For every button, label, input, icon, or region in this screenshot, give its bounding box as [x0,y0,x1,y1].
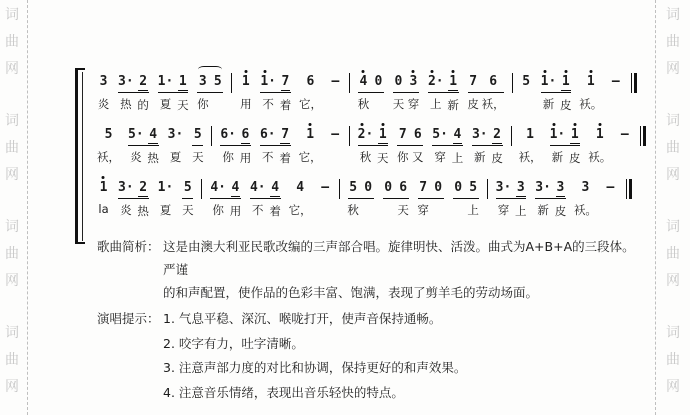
note-group: 6·不7着 [259,126,292,166]
watermark-text: 曲 [666,29,680,56]
note-group: 4·你4用 [209,179,242,219]
lyric: 上 [467,202,479,218]
lyric: 又 [412,149,424,165]
note-column: 3穿 [407,73,420,112]
lyric: 它， [289,202,312,218]
barline [201,179,202,199]
lyric: 上 [452,150,464,166]
lyric: 上 [430,96,442,112]
note: 0 [453,179,463,196]
note: 2 [138,73,148,91]
note-group: 3·新3皮 [534,179,567,219]
note-column: 1天 [376,126,389,166]
note: 2 [138,179,148,197]
note-group: 1·新1皮 [549,126,582,166]
note: 2· [427,73,445,90]
watermark-group: 词曲网 [5,320,19,401]
lyric: 袄， [482,96,505,112]
note-group: 6它， [299,73,322,113]
watermark-left-column: 词曲网词曲网词曲网词曲网 [5,2,19,415]
note: 5· [127,126,145,143]
note-group: 1袄。 [588,126,611,166]
note-group: 1·不7着 [259,73,292,113]
note-column: 6·不 [259,126,277,165]
note-group: 7穿0 [417,179,445,218]
note-column: – [319,179,332,216]
note-group: 5天 [181,179,194,219]
score: 3炎3·热2的1·夏1天3你51用1·不7着6它，–4秋00天3穿2·上1新7皮… [92,73,650,219]
note: 6 [398,179,408,196]
note: 3 [409,73,419,90]
lyric: 炎 [120,202,132,218]
note: 1 [586,73,596,90]
note: 3· [471,126,489,143]
note: 4· [209,179,227,196]
barline [339,179,340,199]
note-column: 7皮 [467,73,480,112]
barline [349,73,350,93]
note-column: 0 [382,179,395,216]
note-group: 1·夏 [157,179,175,219]
note-group: 0天3穿 [392,73,420,113]
note: 4 [295,179,305,196]
lyric: 皮 [467,96,479,112]
lyric: 夏 [170,149,182,165]
note-column: 1新 [447,73,460,113]
watermark-text: 曲 [5,241,19,268]
lyric: 袄。 [579,96,602,112]
note-group: – [329,126,342,166]
note-group: 1它， [299,126,322,166]
note: 7 [418,179,428,196]
lyric: 新 [474,149,486,165]
note-group: 05上 [452,179,480,218]
note: 5 [193,126,203,143]
note-column: 5天 [191,126,204,165]
note-group: 5天 [191,126,204,166]
note: 1 [378,126,388,144]
note-column: 3你 [196,73,209,112]
note: 4 [453,126,463,144]
note-column: 0 [432,179,445,216]
note: 0 [383,179,393,196]
note-group: 5袄， [97,126,120,166]
note: 5 [213,73,223,90]
note-column: 3·夏 [167,126,185,165]
voice-line-3: 1la3·炎2热1·夏5天4·你4用4·不4着4它，–5秋006天7穿005上3… [92,179,650,219]
note-column: 2·上 [427,73,445,112]
note-column: 1·新 [540,73,558,112]
note-column: 2热 [137,179,150,219]
analysis-line-2: 的和声配置，使作品的色彩丰富、饱满，表现了剪羊毛的劳动场面。 [163,281,642,304]
watermark-text: 网 [666,162,680,189]
note-group: – [604,179,617,219]
note-column: 3·新 [534,179,552,218]
watermark-text: 曲 [666,347,680,374]
lyric: 炎 [130,149,142,165]
note-group: 3·热2的 [117,73,150,113]
note-column: 1·新 [549,126,567,165]
watermark-text: 曲 [5,135,19,162]
watermark-text: 曲 [666,135,680,162]
watermark-group: 词曲网 [5,2,19,83]
note: 1· [157,73,175,90]
voice-line-1: 3炎3·热2的1·夏1天3你51用1·不7着6它，–4秋00天3穿2·上1新7皮… [92,73,650,113]
lyric: 不 [252,202,264,218]
note-group: 3·炎2热 [117,179,150,219]
final-barline-thin [626,179,627,199]
barline [231,73,232,93]
watermark-text: 词 [5,214,19,241]
measure: 3炎3·热2的1·夏1天3你5 [92,73,229,113]
note: 4· [249,179,267,196]
measure: 1la3·炎2热1·夏5天 [92,179,199,219]
lyric: 着 [269,203,281,219]
note-column: 5秋 [347,179,360,218]
system-bracket [75,70,86,242]
measure: 4·你4用4·不4着4它，– [204,179,336,219]
note-group: 7皮6袄， [467,73,505,113]
note-column: 3上 [514,179,527,219]
measure: 2·秋1天7你6又5·穿4上3·新2皮 [352,126,509,166]
note: 3· [534,179,552,196]
note: 6 [306,73,316,90]
barline [487,179,488,199]
note-column: 5 [520,73,533,110]
note-column: 6又 [411,126,424,165]
note: 3 [99,73,109,90]
voice-line-2: 5袄，5·炎4热3·夏5天6·你6用6·不7着1它，–2·秋1天7你6又5·穿4… [92,126,650,166]
measure: 51·新1皮1袄。– [515,73,628,113]
note-column: 0 [362,179,375,216]
lyric: 袄， [97,149,120,165]
lyric: 袄。 [574,202,597,218]
watermark-text: 词 [666,214,680,241]
lyric: 不 [262,149,274,165]
tip-item-4: 4. 注意音乐情绪，表现出音乐轻快的特点。 [163,381,642,406]
note-column: 1袄。 [588,126,611,165]
lyric: 用 [240,96,252,112]
note-column: 0 [452,179,465,216]
note-group: 4·不4着 [249,179,282,219]
watermark-text: 网 [5,374,19,401]
lyric: 穿 [408,96,420,112]
note-column: 1袄， [519,126,542,165]
lyric: 它， [299,96,322,112]
note-group: 4它， [289,179,312,219]
watermark-text: 曲 [5,347,19,374]
note: 1 [178,73,188,91]
note-column: 5·炎 [127,126,145,165]
watermark-text: 词 [5,320,19,347]
note-column: 7你 [396,126,409,165]
lyric: 穿 [434,149,446,165]
note-column: – [329,73,342,110]
watermark-text: 网 [666,268,680,295]
lyric: 袄， [519,149,542,165]
note: 0 [394,73,404,90]
note: 3 [581,179,591,196]
note: 0 [433,179,443,196]
note-column: – [604,179,617,216]
note-column: 1·不 [259,73,277,112]
note: 2 [492,126,502,144]
note-group: 3袄。 [574,179,597,219]
note-column: 5 [211,73,224,110]
lyric: 你 [212,202,224,218]
barline [512,73,513,93]
note: 0 [374,73,384,90]
note: 5 [521,73,531,90]
measure: 5袄，5·炎4热3·夏5天 [92,126,209,166]
watermark-group: 词曲网 [666,214,680,295]
watermark-text: 网 [666,374,680,401]
lyric: 夏 [160,96,172,112]
watermark-text: 词 [666,320,680,347]
note: 5 [348,179,358,196]
note: 1 [561,73,571,91]
note: 5 [468,179,478,196]
note: 1· [259,73,277,90]
note: 4 [270,179,280,197]
note-group: 1·夏1天 [157,73,190,113]
lyric: 天 [377,150,389,166]
final-barline-thick [629,179,632,199]
note-column: 5袄， [97,126,120,165]
lyric: 秋 [347,202,359,218]
final-barline [626,179,632,199]
barline [511,126,512,146]
tips-section: 演唱提示： 1. 气息平稳、深沉、喉咙打开，使声音保持通畅。 2. 咬字有力，吐… [97,307,642,405]
lyric: 穿 [417,202,429,218]
note-column: 3袄。 [574,179,597,218]
note: 6 [241,126,251,144]
final-barline-thick [634,73,637,93]
note: 3 [556,179,566,197]
final-barline [640,126,646,146]
lyric: 上 [515,203,527,219]
note-column: 3·穿 [495,179,513,218]
watermark-group: 词曲网 [5,214,19,295]
note: 3· [117,73,135,90]
note: 1· [540,73,558,90]
note: 6 [413,126,423,143]
lyric: 的 [137,97,149,113]
dashed-separator-right [655,0,656,415]
note-column: – [609,73,622,110]
note: 0 [363,179,373,196]
watermark-text: 词 [666,108,680,135]
note-group: 1袄， [519,126,542,166]
note-group: 2·秋1天 [357,126,390,166]
watermark-text: 网 [5,162,19,189]
watermark-text: 网 [5,56,19,83]
lyric: 秋 [358,96,370,112]
lyric: la [98,202,108,216]
note-column: 7着 [279,126,292,166]
note-column: 4热 [147,126,160,166]
note: – [611,73,621,90]
note: 1 [99,179,109,196]
watermark-group: 词曲网 [666,108,680,189]
note-group: 5·炎4热 [127,126,160,166]
note-column: 3皮 [554,179,567,219]
lyric: 穿 [498,202,510,218]
note-group: 7你6又 [396,126,424,166]
note-group: 3·穿3上 [495,179,528,219]
lyric: 袄。 [588,149,611,165]
watermark-group: 词曲网 [666,2,680,83]
note-column: 4上 [451,126,464,166]
note: – [606,179,616,196]
note: 1· [549,126,567,143]
note: 3· [167,126,185,143]
note-column: 4·不 [249,179,267,218]
lyric: 新 [447,97,459,113]
lyric: 皮 [491,150,503,166]
note: 5· [431,126,449,143]
note: 1 [241,73,251,90]
note: 4 [359,73,369,90]
measure: 3·穿3上3·新3皮3袄。– [490,179,622,219]
note-column: 1天 [176,73,189,113]
measure: 4秋00天3穿2·上1新7皮6袄， [352,73,510,113]
note: 7 [280,126,290,144]
final-barline-thin [640,126,641,146]
watermark-text: 词 [5,2,19,29]
final-barline-thick [643,126,646,146]
note: 1· [157,179,175,196]
system-start-barline [82,72,83,241]
note-column: 6袄， [482,73,505,112]
note: 6· [259,126,277,143]
note: 3· [117,179,135,196]
note-group: – [618,126,631,166]
lyric: 新 [552,149,564,165]
note: 6 [488,73,498,90]
note-group: 3炎 [97,73,110,113]
note-column: 1皮 [568,126,581,166]
note-column: 3·热 [117,73,135,112]
note-column: 5上 [467,179,480,218]
watermark-text: 网 [666,56,680,83]
note: 1 [448,73,458,91]
watermark-text: 曲 [5,29,19,56]
note-column: 6用 [239,126,252,166]
note-column: 3炎 [97,73,110,112]
lyric: 夏 [160,202,172,218]
note-column: 5·穿 [431,126,449,165]
lyric: 你 [222,149,234,165]
note-column: 5天 [181,179,194,218]
note-group: 1la [97,179,110,219]
note: – [330,126,340,143]
note: 1 [525,126,535,143]
dashed-separator-left [27,0,28,415]
measure: 6·你6用6·不7着1它，– [214,126,346,166]
note: 2· [357,126,375,143]
note-column: 1皮 [559,73,572,113]
note-group: 4秋0 [357,73,385,113]
tips-label: 演唱提示： [97,307,160,332]
note-column: 1用 [239,73,252,112]
note-column: 2·秋 [357,126,375,165]
analysis-label: 歌曲简析： [97,235,160,258]
note-column: 6·你 [219,126,237,165]
note-column: – [329,126,342,163]
note-column: 1袄。 [579,73,602,112]
note-column: 1·夏 [157,73,175,112]
note-column: 6它， [299,73,322,112]
note: 4 [148,126,158,144]
note-group: 2·上1新 [427,73,460,113]
note-group: 5秋0 [347,179,375,218]
note-column: 1la [97,179,110,216]
watermark-text: 词 [5,108,19,135]
note: 7 [281,73,291,91]
note: 7 [398,126,408,143]
note: – [320,179,330,196]
note-column: 0天 [392,73,405,112]
lyric: 你 [197,96,209,112]
note: 7 [468,73,478,90]
note-group: 3·夏 [167,126,185,166]
note-column: 4秋 [357,73,370,112]
lyric: 新 [537,202,549,218]
note-column: 4·你 [209,179,227,218]
watermark-text: 网 [5,268,19,295]
measure: 1袄，1·新1皮1袄。– [514,126,637,166]
note-column: 2的 [137,73,150,113]
note-column: 4它， [289,179,312,218]
lyric: 用 [240,150,252,166]
barline [349,126,350,146]
note-group: 1·新1皮 [540,73,573,113]
note-column: – [618,126,631,163]
note-group: 5 [520,73,533,113]
barline [211,126,212,146]
lyric: 它， [299,149,322,165]
lyric: 天 [397,202,409,218]
note: 5 [104,126,114,143]
measure: 5秋006天7穿005上 [342,179,485,218]
note: – [331,73,341,90]
final-barline [631,73,637,93]
note-column: 2皮 [491,126,504,166]
note-column: 4着 [269,179,282,219]
note-group: – [609,73,622,113]
lyric: 你 [397,149,409,165]
lyric: 天 [192,149,204,165]
note-column: 0 [372,73,385,110]
tip-item-3: 3. 注意声部力度的对比和协调，保持更好的和声效果。 [163,356,642,381]
lyric: 热 [120,96,132,112]
measure: 1用1·不7着6它，– [234,73,347,113]
note: 1 [595,126,605,143]
note: – [620,126,630,143]
note-group: – [319,179,332,219]
page: { "watermark": { "text": "词曲网", "color":… [0,0,690,415]
note-column: 7着 [279,73,292,113]
note: 1 [305,126,315,143]
note: 5 [183,179,193,196]
lyric: 天 [182,202,194,218]
watermark-group: 词曲网 [5,108,19,189]
note-column: 1·夏 [157,179,175,218]
note-group: 06天 [382,179,410,218]
note-group: 3·新2皮 [471,126,504,166]
watermark-text: 词 [666,2,680,29]
